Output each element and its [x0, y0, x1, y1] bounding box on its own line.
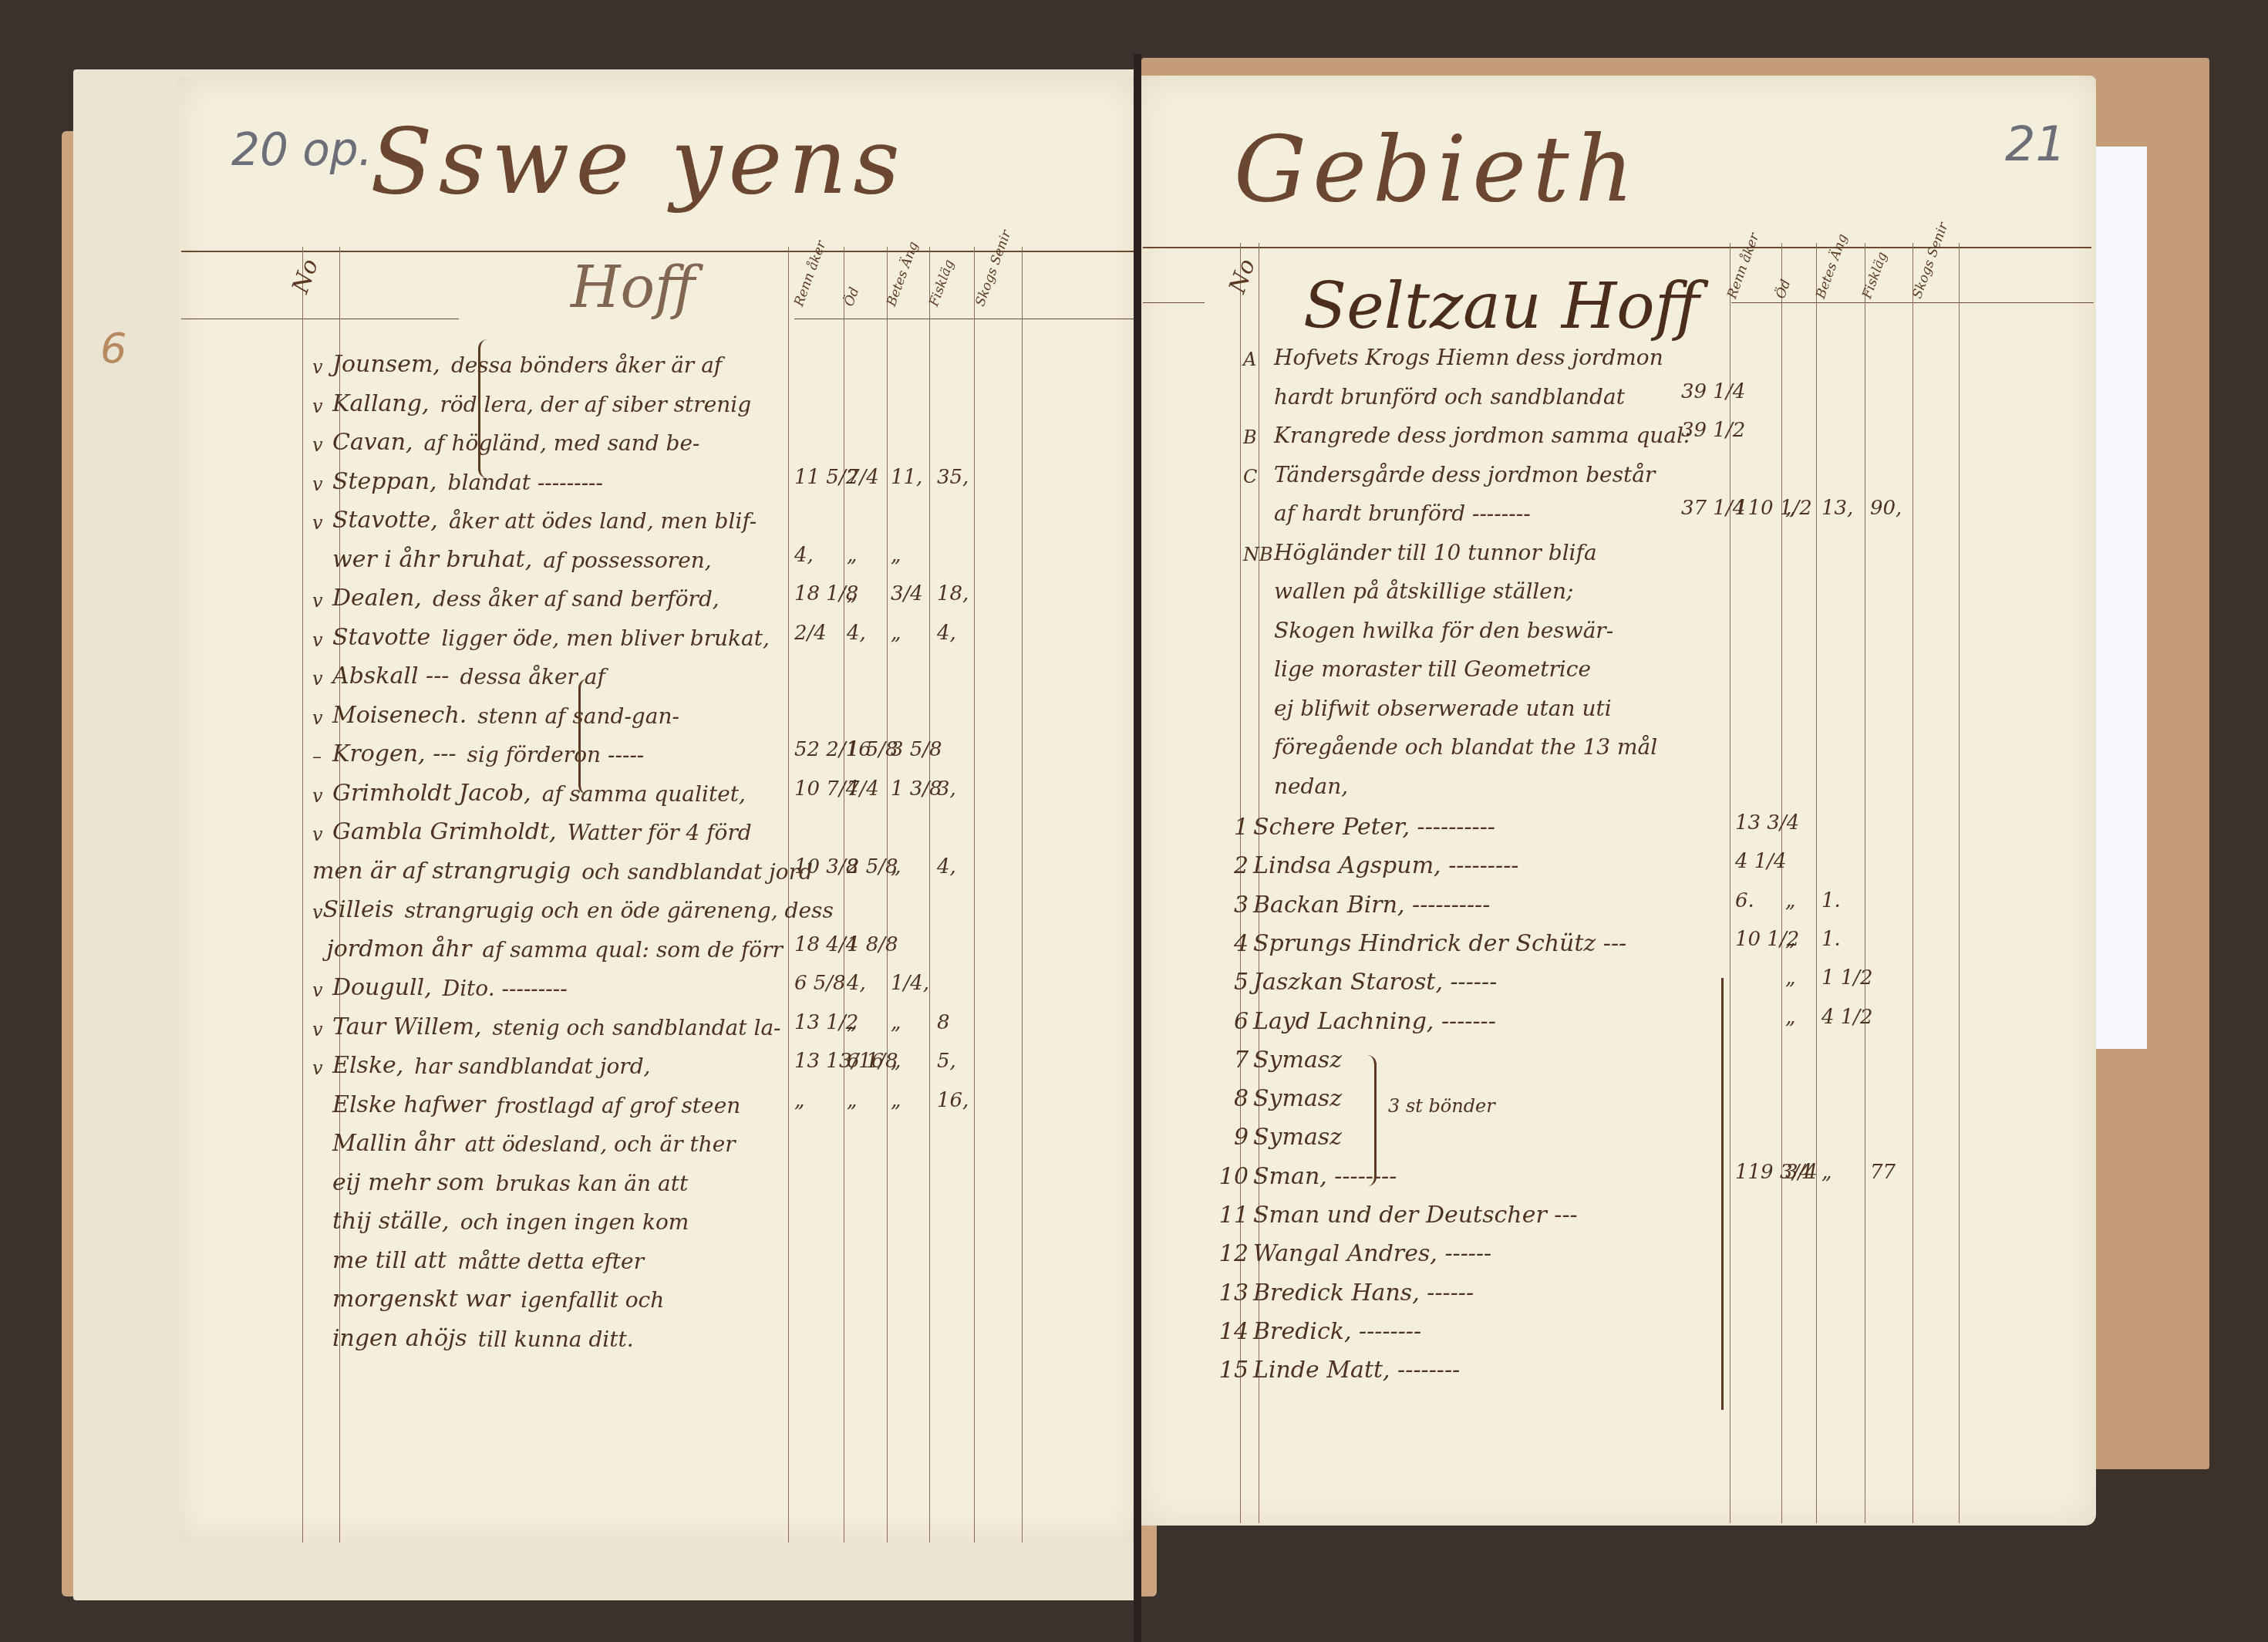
table-top-rule-right	[1143, 247, 2091, 248]
farm-row: 5Jaszkan Starost, ------	[1215, 957, 1708, 996]
row-name: Kallang,	[332, 390, 429, 417]
row-check-mark: v	[312, 668, 332, 690]
column-rule	[1865, 243, 1865, 1523]
farm-value: 3/4	[1785, 1161, 1818, 1184]
row-check-mark: v	[312, 434, 332, 456]
row-value: 18,	[937, 582, 969, 605]
column-rule	[974, 247, 975, 1543]
row-value: 3 5/8	[891, 738, 942, 761]
brace-group-2	[578, 679, 591, 794]
row-name: wer i åhr bruhat,	[332, 546, 532, 573]
row-name: Elske hafwer	[332, 1091, 485, 1118]
row-value: 8	[937, 1011, 950, 1034]
intro-row-text: Högländer till 10 tunnor blifa	[1274, 540, 1597, 565]
table-row: vDougull,Dito. ---------	[312, 963, 783, 1001]
intro-row-text: Skogen hwilka för den beswär-	[1274, 618, 1613, 643]
intro-row-value: 110 1/2	[1735, 497, 1812, 520]
row-value: 5,	[937, 1050, 956, 1073]
farm-row: 13Bredick Hans, ------	[1215, 1268, 1708, 1307]
table-row: vKallang,röd lera, der af siber strenig	[312, 379, 783, 417]
row-value: 7/4	[847, 466, 879, 489]
farm-row: 7Symasz	[1215, 1035, 1708, 1074]
farm-name: Wangal Andres, ------	[1253, 1240, 1491, 1267]
row-description: af samma qual: som de förr	[482, 937, 783, 963]
row-value: „	[891, 544, 901, 567]
row-description: frostlagd af grof steen	[496, 1093, 740, 1118]
row-description: Watter för 4 förd	[568, 820, 752, 845]
row-description: ligger öde, men bliver brukat,	[441, 625, 769, 651]
farm-name: Lindsa Agspum, ---------	[1253, 852, 1518, 879]
row-value: „	[891, 855, 901, 878]
table-row: jordmon åhraf samma qual: som de förr	[312, 924, 783, 963]
farm-number: 5	[1215, 969, 1253, 996]
table-row: vDealen,dess åker af sand berförd,	[312, 573, 783, 612]
row-description: måtte detta efter	[457, 1249, 644, 1274]
row-name: me till att	[332, 1247, 447, 1274]
row-name: Stavotte,	[332, 507, 438, 534]
row-check-mark: v	[312, 590, 332, 612]
intro-row-text: ej blifwit obserwerade utan uti	[1274, 696, 1612, 721]
farm-number: 14	[1215, 1318, 1253, 1345]
row-description: blandat ---------	[448, 470, 604, 495]
row-check-mark: v	[312, 396, 332, 417]
header-rule	[181, 319, 459, 319]
intro-row: wallen på åtskillige ställen;	[1243, 565, 1721, 604]
intro-row: BKrangrede dess jordmon samma qual:	[1243, 410, 1721, 448]
farm-row: 4Sprungs Hindrick der Schütz ---	[1215, 919, 1708, 957]
row-value: 7/4	[847, 777, 879, 801]
intro-row-text: af hardt brunförd --------	[1274, 501, 1531, 526]
intro-row-text: wallen på åtskillige ställen;	[1274, 578, 1573, 604]
farm-value: „	[1785, 889, 1795, 912]
intro-row-text: hardt brunförd och sandblandat	[1274, 384, 1625, 410]
row-check-mark: v	[312, 1057, 332, 1079]
row-description: att ödesland, och är ther	[465, 1131, 736, 1157]
row-value: „	[891, 1089, 901, 1112]
row-value: 2/4	[794, 622, 827, 645]
farm-value: 6.	[1735, 889, 1754, 912]
column-rule	[302, 247, 303, 1543]
farm-name: Symasz	[1253, 1047, 1342, 1074]
row-value: 1 3/8	[891, 777, 942, 801]
row-description: dessa bönders åker är af	[451, 352, 722, 378]
row-value: 4,	[847, 622, 866, 645]
farm-name: Layd Lachning, -------	[1253, 1008, 1496, 1035]
intro-row: ej blifwit obserwerade utan uti	[1243, 683, 1721, 721]
farm-name: Sman und der Deutscher ---	[1253, 1202, 1578, 1229]
row-name: Dealen,	[332, 585, 422, 612]
row-name: Jounsem,	[332, 351, 440, 378]
pencil-folio-right: 21	[2005, 116, 2066, 172]
farm-row: 11Sman und der Deutscher ---	[1215, 1190, 1708, 1229]
row-name: Abskall ---	[332, 663, 449, 690]
farm-name: Backan Birn, ----------	[1253, 892, 1490, 919]
table-row: vAbskall ---dessa åker af	[312, 651, 783, 690]
pencil-margin-number: 6	[100, 324, 126, 373]
farm-row: 1Schere Peter, ----------	[1215, 802, 1708, 841]
intro-row-text: nedan,	[1274, 774, 1348, 799]
intro-row-value: 90,	[1870, 497, 1902, 520]
row-description: och ingen ingen kom	[460, 1209, 689, 1235]
row-value: 1/4,	[891, 972, 929, 995]
intro-row-text: Krangrede dess jordmon samma qual:	[1274, 423, 1690, 448]
farm-number: 3	[1215, 892, 1253, 919]
row-description: har sandblandat jord,	[414, 1054, 650, 1079]
farm-number: 11	[1215, 1202, 1253, 1229]
farm-name: Bredick Hans, ------	[1253, 1280, 1474, 1307]
row-description: strangrugig och en öde gäreneng, dess	[405, 898, 834, 923]
row-name: men är af strangrugig	[312, 858, 571, 885]
pencil-folio-left: 20 op.	[231, 123, 372, 176]
farm-name: Bredick, --------	[1253, 1318, 1421, 1345]
intro-row-mark: NB	[1243, 544, 1263, 565]
farm-name: Linde Matt, --------	[1253, 1357, 1460, 1384]
row-description: af possessoren,	[543, 548, 712, 573]
farm-value: 13 3/4	[1735, 811, 1799, 834]
row-name: Stavotte	[332, 624, 430, 651]
intro-row-text: lige moraster till Geometrice	[1274, 656, 1591, 682]
farm-value: „	[1821, 1161, 1832, 1184]
row-description: igenfallit och	[521, 1287, 664, 1313]
row-value: „	[891, 1050, 901, 1073]
row-name: Elske,	[332, 1052, 403, 1079]
row-name: Mallin åhr	[332, 1130, 454, 1157]
table-row: wer i åhr bruhat,af possessoren,	[312, 534, 783, 573]
farm-number: 13	[1215, 1280, 1253, 1307]
intro-row-text: Hofvets Krogs Hiemn dess jordmon	[1274, 345, 1663, 370]
row-description: stenig och sandblandat la-	[493, 1015, 781, 1040]
farm-number: 15	[1215, 1357, 1253, 1384]
row-name: Moisenech.	[332, 702, 467, 729]
row-check-mark: v	[312, 512, 332, 534]
table-row: morgenskt warigenfallit och	[312, 1274, 783, 1313]
farm-row: 6Layd Lachning, -------	[1215, 996, 1708, 1035]
row-value: 4,	[794, 544, 814, 567]
group-bracket-5-15	[1714, 978, 1724, 1410]
row-name: Dougull,	[332, 974, 432, 1001]
row-value: „	[891, 622, 901, 645]
row-name: eij mehr som	[332, 1169, 485, 1196]
row-value: 35,	[937, 466, 969, 489]
row-name: morgenskt war	[332, 1286, 510, 1313]
row-check-mark: v	[312, 979, 332, 1001]
page-heading-right: Gebieth	[1234, 116, 1640, 222]
row-value: 3/4	[891, 582, 923, 605]
farm-row: 3Backan Birn, ----------	[1215, 880, 1708, 919]
intro-row-mark: B	[1243, 427, 1263, 448]
farm-name: Jaszkan Starost, ------	[1253, 969, 1497, 996]
farm-number: 9	[1215, 1124, 1253, 1151]
row-description: Dito. ---------	[443, 976, 568, 1001]
book-spine	[1134, 54, 1141, 1642]
row-value: „	[847, 582, 857, 605]
farm-value: 1 1/2	[1821, 966, 1873, 990]
row-description: af samma qualitet,	[542, 781, 746, 807]
row-name: Silleis	[323, 896, 394, 923]
row-name: Steppan,	[332, 468, 437, 495]
farm-value: 1.	[1821, 928, 1841, 951]
farm-row: 2Lindsa Agspum, ---------	[1215, 841, 1708, 879]
farm-value: 1.	[1821, 889, 1841, 912]
header-rule-right	[794, 319, 1134, 319]
farm-value: 77	[1870, 1161, 1896, 1184]
column-rule	[1816, 243, 1817, 1523]
table-row: vCavan,af högländ, med sand be-	[312, 417, 783, 456]
row-value: „	[847, 1011, 857, 1034]
farm-number: 4	[1215, 930, 1253, 957]
white-bookmark-strip	[2096, 147, 2147, 1049]
row-value: 3,	[937, 777, 956, 801]
row-check-mark: v	[312, 824, 332, 845]
farm-row: 12Wangal Andres, ------	[1215, 1229, 1708, 1267]
brace-group-1	[478, 339, 491, 478]
table-row: vElske,har sandblandat jord,	[312, 1040, 783, 1079]
row-name: thij ställe,	[332, 1208, 450, 1235]
row-description: brukas kan än att	[496, 1171, 689, 1196]
intro-row: Skogen hwilka för den beswär-	[1243, 605, 1721, 643]
farm-value: 4 1/2	[1821, 1006, 1873, 1029]
intro-row: lige moraster till Geometrice	[1243, 643, 1721, 682]
intro-row-text: Tändersgårde dess jordmon består	[1274, 462, 1655, 487]
row-value: „	[847, 544, 857, 567]
table-row: vStavotte,åker att ödes land, men blif-	[312, 495, 783, 534]
table-row: vGambla Grimholdt,Watter för 4 förd	[312, 807, 783, 845]
table-row: Elske hafwerfrostlagd af grof steen	[312, 1080, 783, 1118]
table-row: me till attmåtte detta efter	[312, 1236, 783, 1274]
row-description: till kunna ditt.	[478, 1327, 634, 1352]
section-title-left: Hoff	[571, 255, 696, 321]
intro-row: af hardt brunförd --------	[1243, 487, 1721, 526]
row-check-mark: v	[312, 629, 332, 651]
column-rule	[887, 247, 888, 1543]
farm-number: 2	[1215, 852, 1253, 879]
table-row: vSteppan,blandat ---------	[312, 457, 783, 495]
farm-number: 10	[1215, 1163, 1253, 1190]
intro-row-mark: A	[1243, 349, 1263, 370]
intro-row-mark: C	[1243, 466, 1263, 487]
intro-inline-value: 39 1/4	[1681, 380, 1745, 403]
row-name: Cavan,	[332, 429, 413, 456]
farm-name: Symasz	[1253, 1124, 1342, 1151]
column-rule	[1912, 243, 1913, 1523]
table-row: Mallin åhratt ödesland, och är ther	[312, 1118, 783, 1157]
row-check-mark: v	[312, 785, 332, 807]
row-name: Grimholdt Jacob,	[332, 780, 531, 807]
intro-row: nedan,	[1243, 760, 1721, 799]
row-value: 16,	[937, 1089, 969, 1112]
row-name: ingen ahöjs	[332, 1325, 467, 1352]
row-name: Taur Willem,	[332, 1013, 482, 1040]
table-row: men är af strangrugigoch sandblandat jor…	[312, 846, 783, 885]
row-value: 11,	[891, 466, 922, 489]
table-row: ingen ahöjstill kunna ditt.	[312, 1313, 783, 1352]
column-rule	[1781, 243, 1782, 1523]
page-heading-left: Sswe yens	[370, 108, 906, 214]
farm-value: „	[1785, 1006, 1795, 1029]
column-rule	[1959, 243, 1960, 1523]
intro-row: föregående och blandat the 13 mål	[1243, 721, 1721, 760]
column-rule	[929, 247, 930, 1543]
intro-row-value: 13,	[1821, 497, 1853, 520]
row-name: jordmon åhr	[326, 936, 471, 963]
row-value: „	[891, 1011, 901, 1034]
row-check-mark: v	[312, 707, 332, 729]
farm-number: 6	[1215, 1008, 1253, 1035]
column-rule	[844, 247, 844, 1543]
table-row: vSilleisstrangrugig och en öde gäreneng,…	[312, 885, 783, 923]
row-value: „	[794, 1089, 804, 1112]
brace-note: 3 st bönder	[1388, 1095, 1495, 1117]
farm-row: 15Linde Matt, --------	[1215, 1345, 1708, 1384]
intro-row: hardt brunförd och sandblandat	[1243, 371, 1721, 410]
row-value: 4,	[937, 855, 956, 878]
farm-name: Schere Peter, ----------	[1253, 814, 1495, 841]
farm-number: 1	[1215, 814, 1253, 841]
table-row: thij ställe,och ingen ingen kom	[312, 1196, 783, 1235]
farm-number: 7	[1215, 1047, 1253, 1074]
row-check-mark: v	[312, 474, 332, 495]
column-rule	[1022, 247, 1023, 1543]
row-description: åker att ödes land, men blif-	[449, 508, 757, 534]
row-check-mark: –	[312, 746, 332, 767]
row-name: Gambla Grimholdt,	[332, 818, 557, 845]
intro-row: NBHögländer till 10 tunnor blifa	[1243, 527, 1721, 565]
row-value: 4,	[847, 972, 866, 995]
row-value: 6 5/8	[794, 972, 846, 995]
table-row: eij mehr sombrukas kan än att	[312, 1158, 783, 1196]
table-row: vTaur Willem,stenig och sandblandat la-	[312, 1002, 783, 1040]
farm-row: 9Symasz	[1215, 1112, 1708, 1151]
row-value: „	[847, 1089, 857, 1112]
farm-value: „	[1785, 966, 1795, 990]
row-description: dess åker af sand berförd,	[433, 586, 719, 612]
row-value: 4,	[937, 622, 956, 645]
row-value: 1 8/8	[847, 933, 898, 956]
brace-symasz	[1365, 1055, 1377, 1186]
table-row: –Krogen, ---sig förderon -----	[312, 729, 783, 767]
intro-row: AHofvets Krogs Hiemn dess jordmon	[1243, 332, 1721, 370]
farm-row: 14Bredick, --------	[1215, 1307, 1708, 1345]
intro-row-text: föregående och blandat the 13 mål	[1274, 734, 1657, 760]
row-check-mark: v	[312, 1019, 332, 1040]
farm-name: Sprungs Hindrick der Schütz ---	[1253, 930, 1626, 957]
row-description: sig förderon -----	[467, 742, 645, 767]
farm-value: 4 1/4	[1735, 850, 1787, 873]
column-rule	[788, 247, 789, 1543]
row-check-mark: v	[312, 902, 323, 923]
table-row: vStavotteligger öde, men bliver brukat,	[312, 612, 783, 651]
farm-number: 8	[1215, 1085, 1253, 1112]
farm-value: „	[1785, 928, 1795, 951]
row-name: Krogen, ---	[332, 740, 457, 767]
table-row: vMoisenech.stenn af sand-gan-	[312, 690, 783, 729]
row-check-mark: v	[312, 356, 332, 378]
row-description: af högländ, med sand be-	[424, 430, 700, 456]
intro-row: CTändersgårde dess jordmon består	[1243, 449, 1721, 487]
table-row: vGrimholdt Jacob,af samma qualitet,	[312, 768, 783, 807]
intro-row-value: „	[1785, 497, 1795, 520]
header-rule-right-a	[1143, 302, 1205, 303]
farm-name: Symasz	[1253, 1085, 1342, 1112]
farm-number: 12	[1215, 1240, 1253, 1267]
row-description: och sandblandat jord	[581, 859, 813, 885]
farm-row: 10Sman, --------	[1215, 1151, 1708, 1190]
intro-inline-value: 39 1/2	[1681, 419, 1745, 442]
table-row: vJounsem,dessa bönders åker är af	[312, 339, 783, 378]
